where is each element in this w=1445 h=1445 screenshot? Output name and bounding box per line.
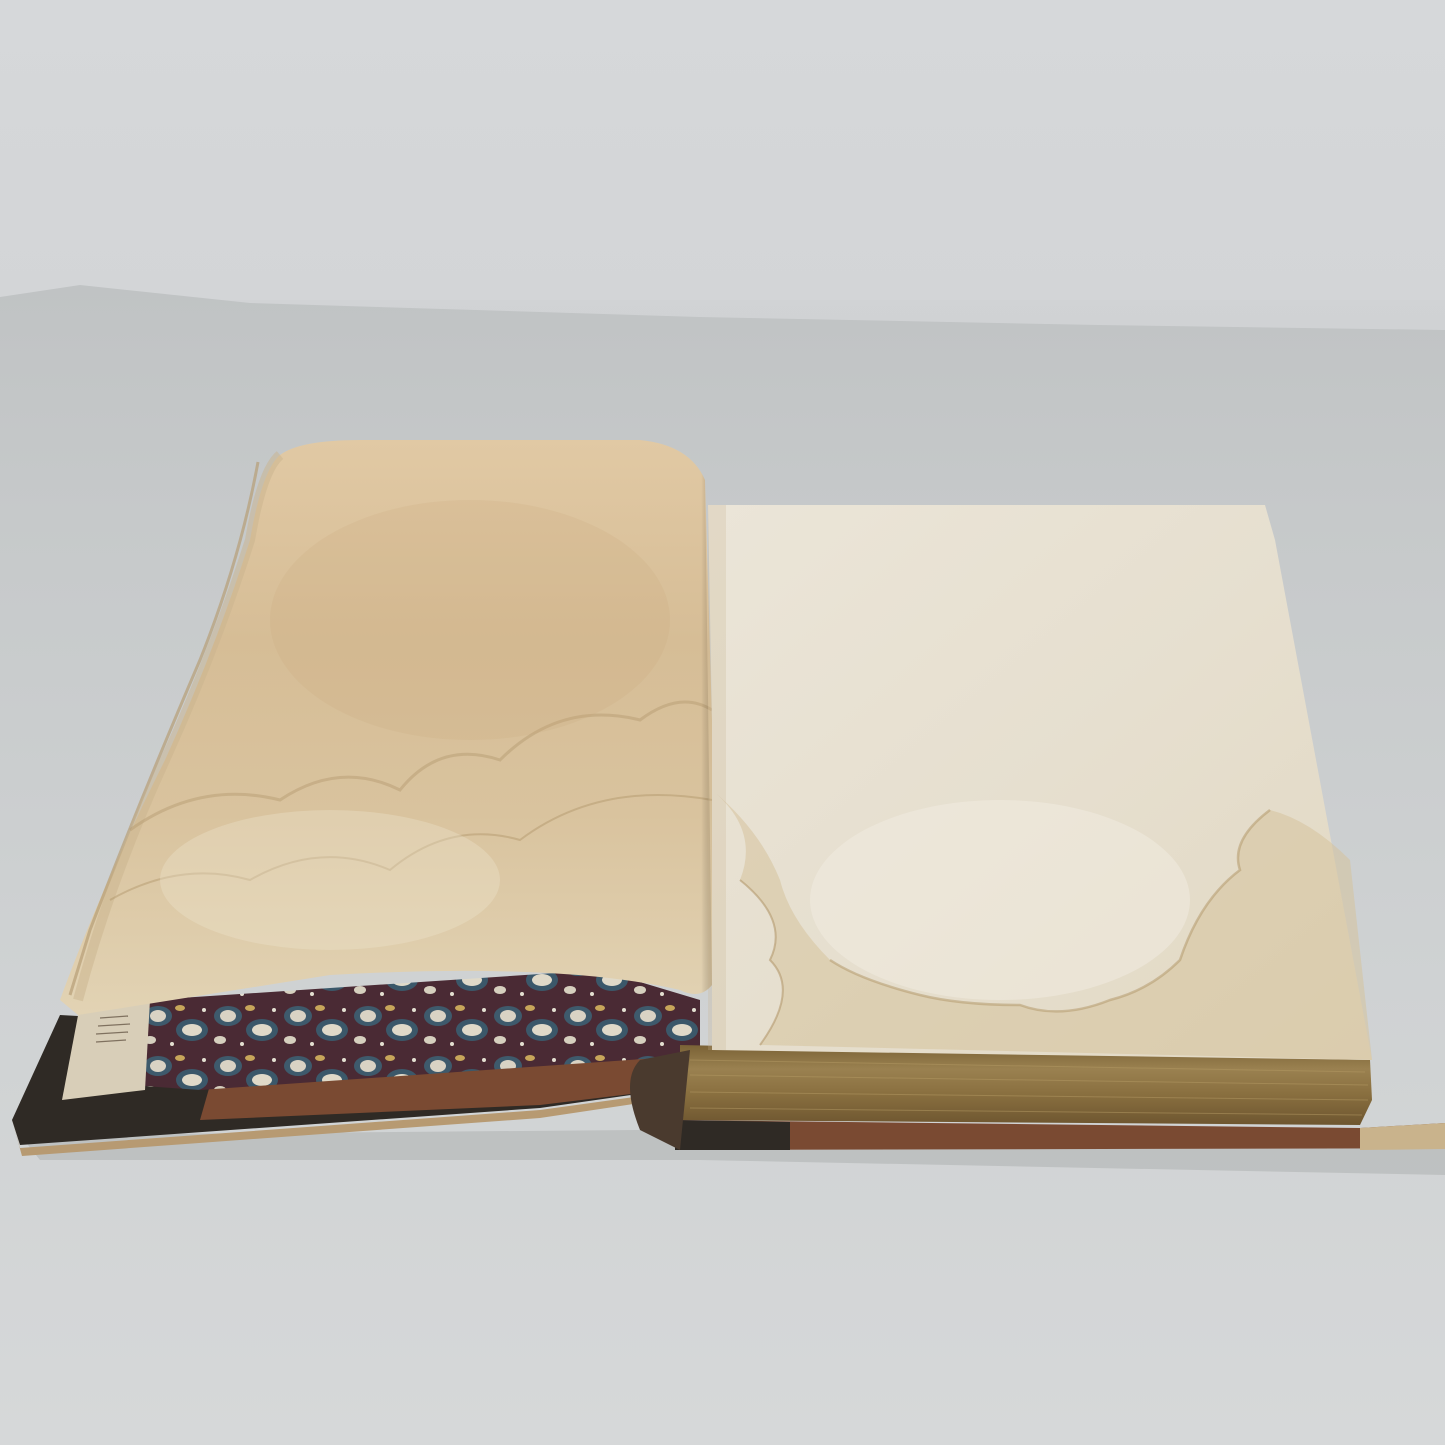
photo-scene: Open antique hardcover book with water-s… bbox=[0, 0, 1445, 1445]
antique-book bbox=[0, 0, 1445, 1445]
bookseller-label bbox=[62, 1000, 150, 1100]
